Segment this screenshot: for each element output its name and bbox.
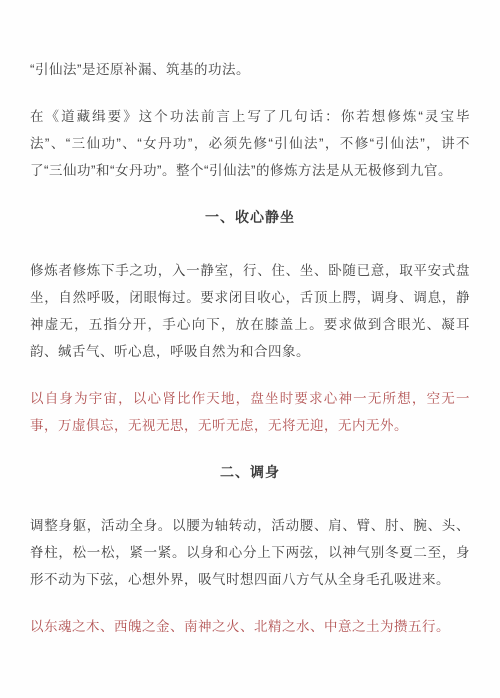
section-2-body: 调整身躯，活动全身。以腰为轴转动，活动腰、肩、臂、肘、腕、头、脊柱，松一松，紧一… — [30, 512, 470, 593]
section-1-red-note: 以自身为宇宙，以心肾比作天地，盘坐时要求心神一无所想，空无一事，万虚俱忘，无视无… — [30, 385, 470, 439]
section-1-body: 修炼者修炼下手之功，入一静室，行、住、坐、卧随已意，取平安式盘坐，自然呼吸，闭眼… — [30, 257, 470, 365]
section-2-heading: 二、调身 — [30, 459, 470, 486]
intro-paragraph: “引仙法”是还原补漏、筑基的功法。 — [30, 56, 470, 83]
section-1-heading: 一、收心静坐 — [30, 204, 470, 231]
document-page: “引仙法”是还原补漏、筑基的功法。 在《道藏缉要》这个功法前言上写了几句话：你若… — [0, 0, 500, 698]
section-2-red-note: 以东魂之木、西魄之金、南神之火、北精之水、中意之土为攒五行。 — [30, 613, 470, 640]
preface-paragraph: 在《道藏缉要》这个功法前言上写了几句话：你若想修炼“灵宝毕法”、“三仙功”、“女… — [30, 103, 470, 184]
